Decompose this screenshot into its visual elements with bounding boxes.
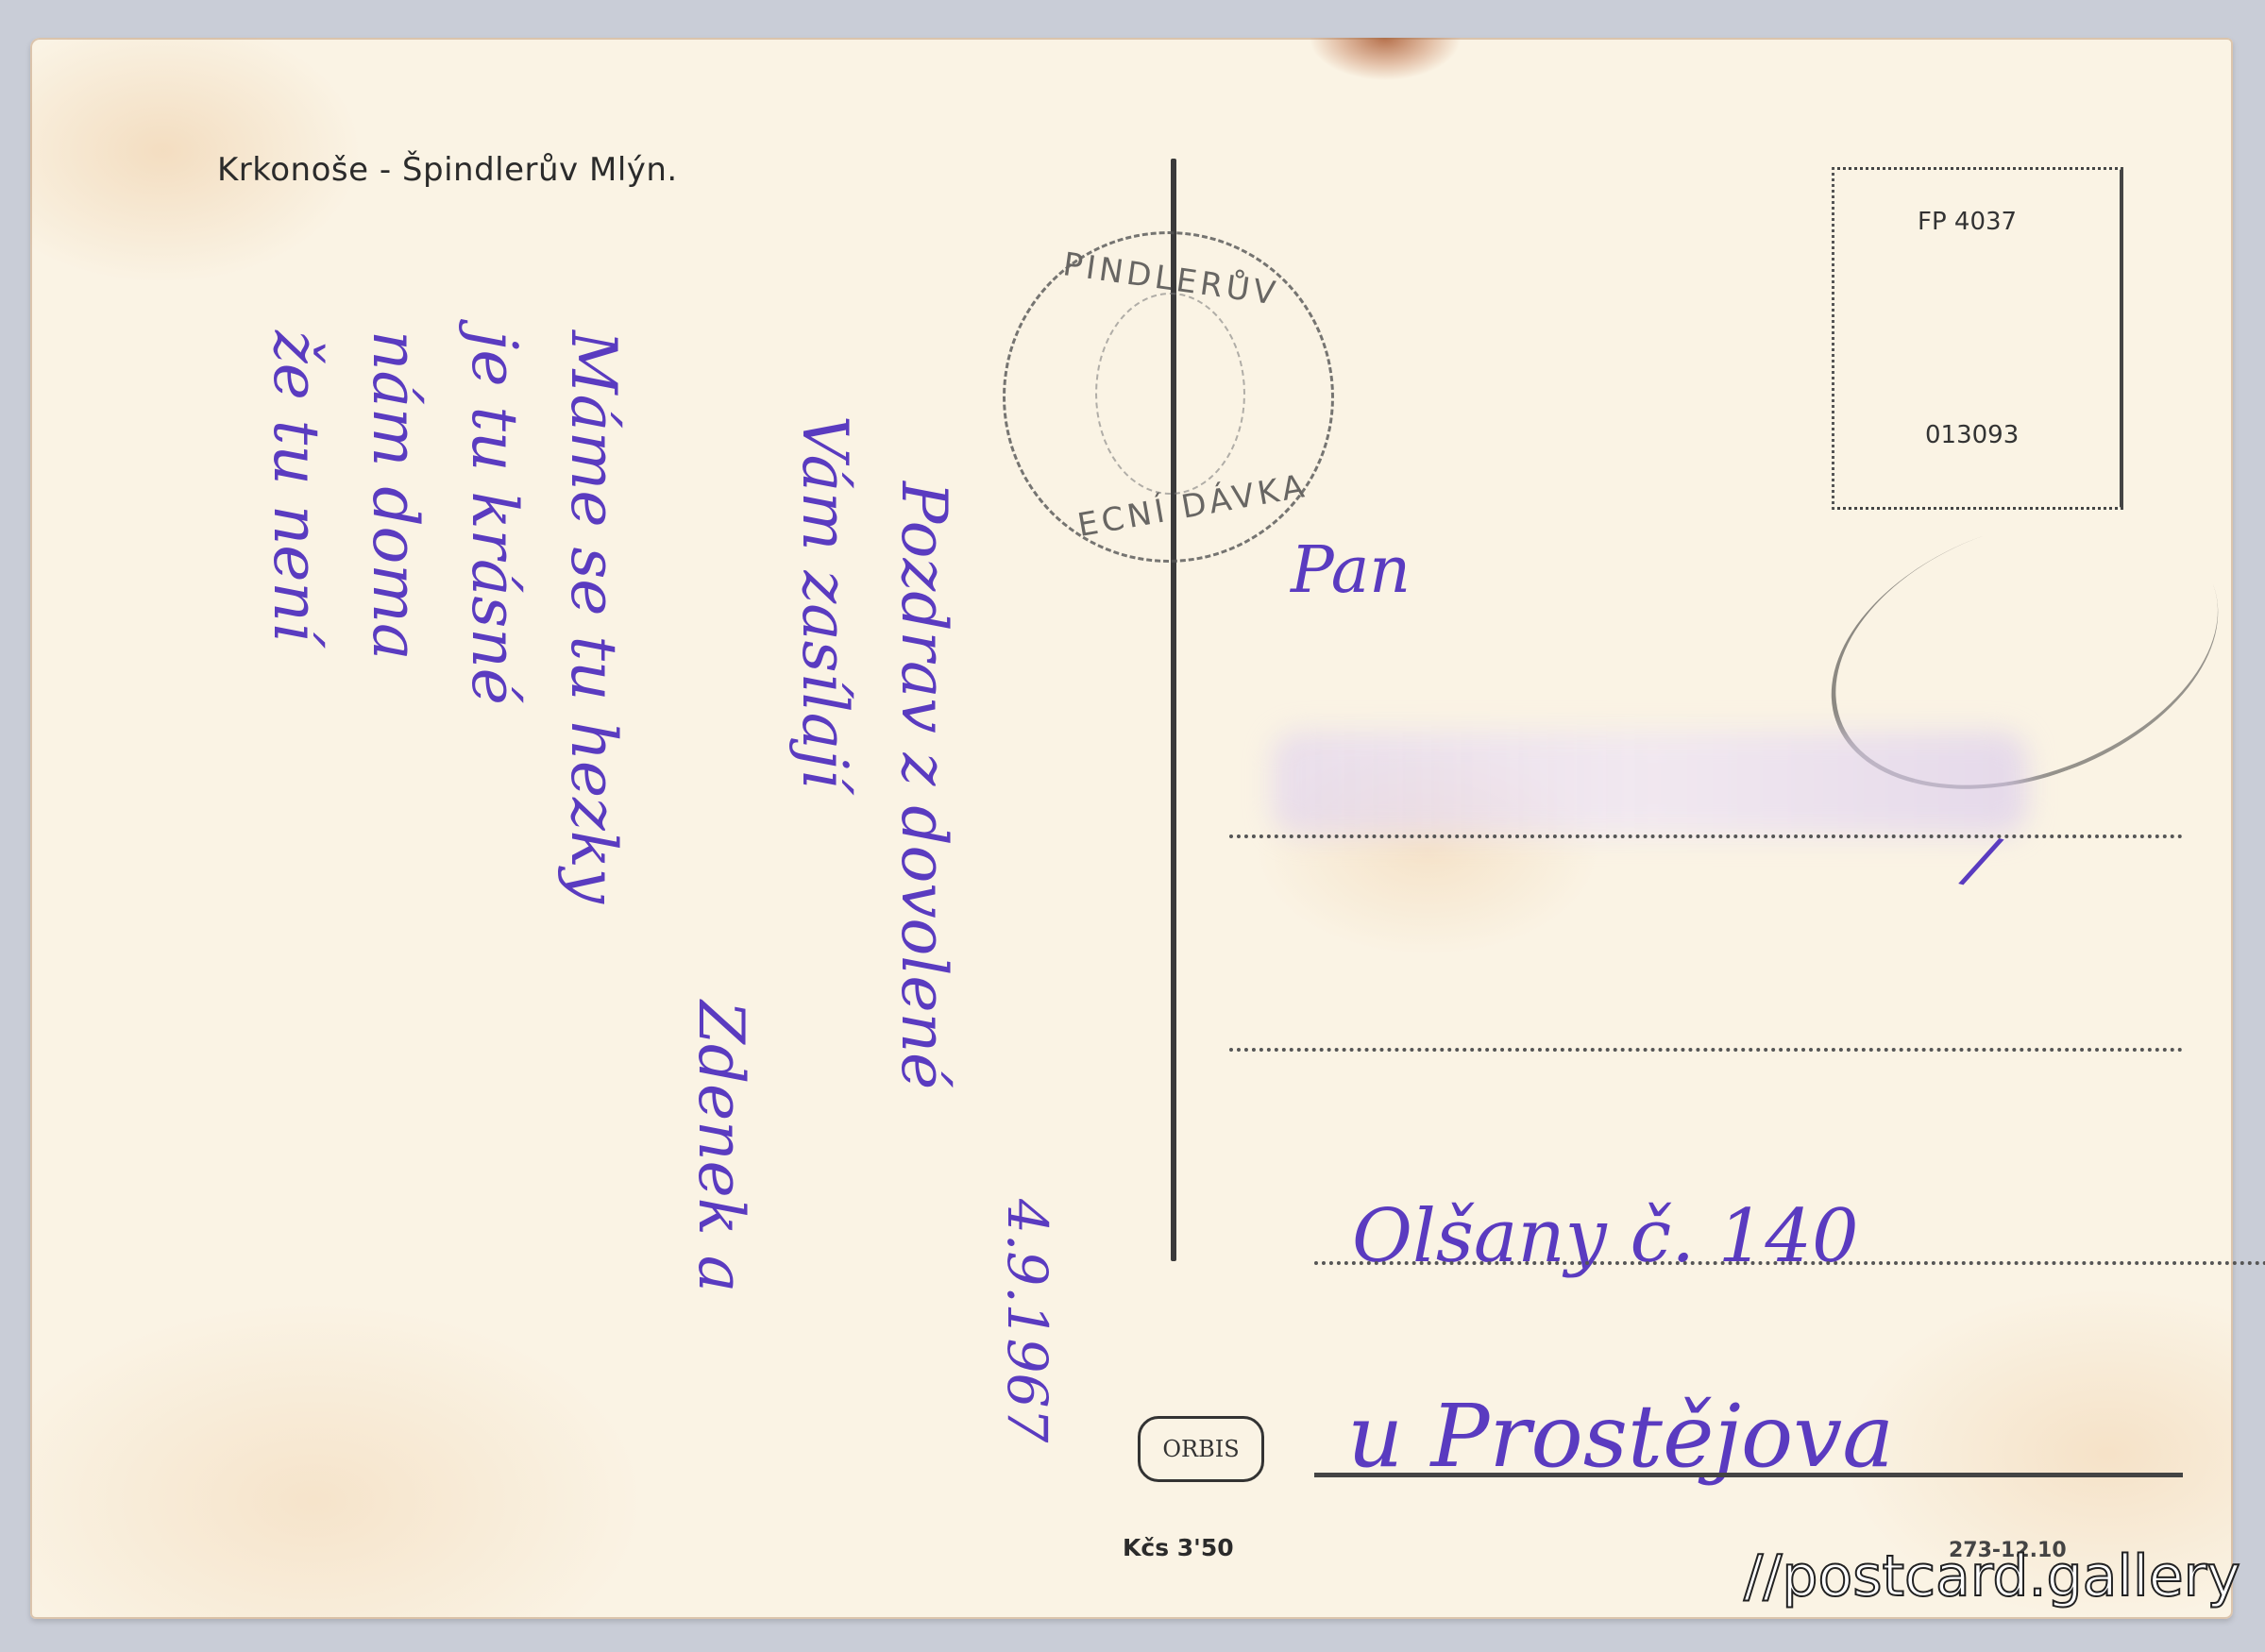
postmark-inner-ring (1095, 293, 1245, 495)
message-line: je tu krásné (458, 330, 531, 705)
postcard-back: Krkonoše - Špindlerův Mlýn. PINDLERŮV EC… (30, 38, 2233, 1619)
price-label: Kčs 3'50 (1123, 1534, 1234, 1561)
stamp-code-bottom: 013093 (1925, 421, 2019, 449)
address-line-3 (1314, 1261, 2265, 1265)
postcard-title: Krkonoše - Špindlerův Mlýn. (217, 151, 678, 189)
message-line: Zdenek a (685, 1001, 757, 1292)
postmark-icon: PINDLERŮV ECNÍ DÁVKA (1003, 231, 1334, 563)
message-line: Vám zasílají (788, 415, 861, 789)
address-line-1 (1229, 834, 2183, 838)
address-street: Olšany č. 140 (1352, 1194, 1859, 1279)
message-line: Máme se tu hezky (557, 330, 630, 903)
stamp-box: FP 4037 013093 (1832, 167, 2123, 510)
address-line-4 (1314, 1473, 2183, 1477)
address-line-2 (1229, 1048, 2183, 1052)
watermark: //postcard.gallery (1744, 1543, 2240, 1610)
stamp-code-top: FP 4037 (1918, 208, 2017, 236)
message-line: že tu není (260, 330, 332, 642)
handwritten-date: 4.9.1967 (995, 1199, 1059, 1442)
address-salutation: Pan (1291, 533, 1411, 608)
message-line: Pozdrav z dovolené (887, 481, 960, 1089)
orbis-logo: ORBIS (1138, 1416, 1264, 1482)
message-line: nám doma (359, 330, 431, 660)
address-name-blurred (1272, 732, 2027, 835)
address-city: u Prostějova (1347, 1386, 1894, 1487)
